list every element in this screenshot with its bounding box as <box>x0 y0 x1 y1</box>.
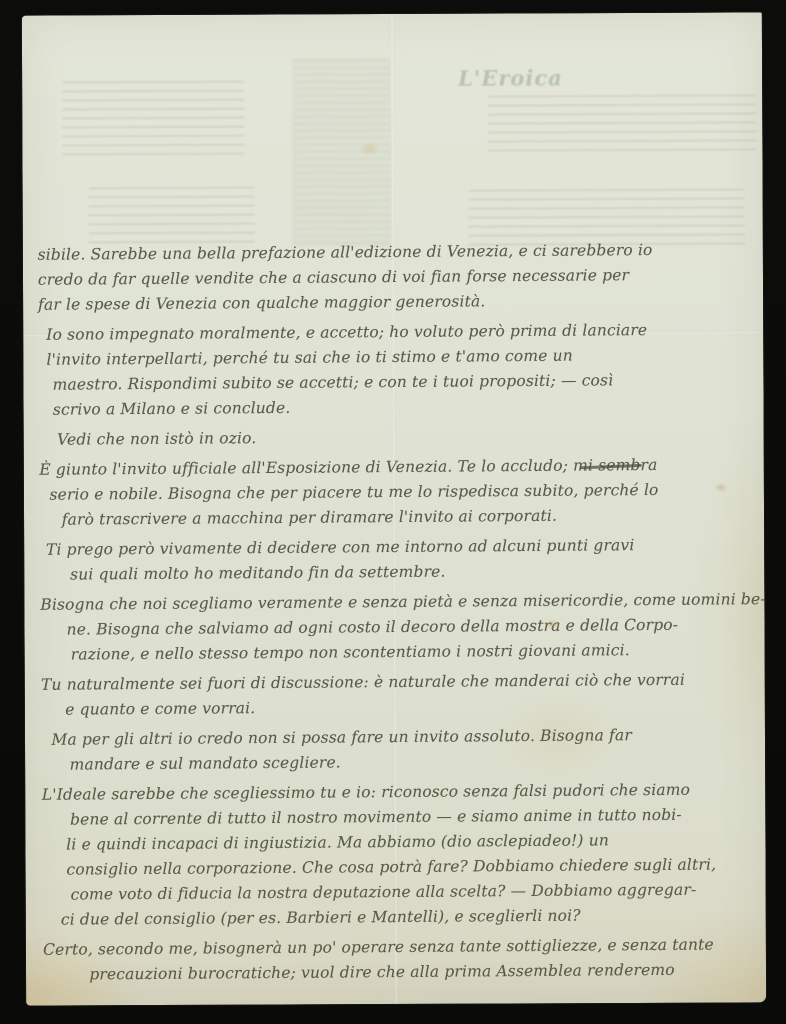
letter-paragraph: Certo, secondo me, bisognerà un po' oper… <box>43 932 761 988</box>
ghost-print-block-left-top <box>62 81 244 160</box>
letter-body: sibile. Sarebbe una bella prefazione all… <box>38 237 762 993</box>
letter-line: e quanto e come vorrai. <box>41 692 759 723</box>
letter-paragraph: Io sono impegnato moralmente, e accetto;… <box>38 317 757 423</box>
letter-paragraph: Bisogna che noi scegliamo veramente e se… <box>40 587 759 668</box>
ghost-print-block-left-lower <box>89 187 255 246</box>
ghost-letterhead-title: L'Eroica <box>458 65 563 90</box>
letter-line: Vedi che non istò in ozio. <box>39 422 757 453</box>
photo-mat: L'Eroica sibile. Sarebbe una bella prefa… <box>0 0 786 1024</box>
letter-paragraph: Ti prego però vivamente di decidere con … <box>40 532 758 588</box>
letter-line: scrivo a Milano e si conclude. <box>39 392 757 423</box>
letter-line: mandare e sul mandato scegliere. <box>42 747 760 778</box>
letter-line: sui quali molto ho meditando fin da sett… <box>40 557 758 588</box>
letter-line: ci due del consiglio (per es. Barbieri e… <box>43 902 761 933</box>
letter-line: razione, e nello stesso tempo non sconte… <box>41 637 759 668</box>
letter-page: L'Eroica sibile. Sarebbe una bella prefa… <box>22 12 766 1005</box>
letter-paragraph: È giunto l'invito ufficiale all'Esposizi… <box>39 452 758 533</box>
ghost-print-block-right-top <box>488 94 756 157</box>
letter-paragraph: Vedi che non istò in ozio. <box>39 422 757 453</box>
ghost-emblem <box>293 59 390 245</box>
letter-line: far le spese di Venezia con qualche magg… <box>38 287 756 318</box>
letter-paragraph: sibile. Sarebbe una bella prefazione all… <box>38 237 757 318</box>
letter-paragraph: L'Ideale sarebbe che scegliessimo tu e i… <box>42 777 761 933</box>
letter-line: precauzioni burocratiche; vuol dire che … <box>43 957 761 988</box>
letter-line: farò trascrivere a macchina per diramare… <box>40 502 758 533</box>
letter-paragraph: Tu naturalmente sei fuori di discussione… <box>41 667 759 723</box>
letter-paragraph: Ma per gli altri io credo non si possa f… <box>41 722 759 778</box>
